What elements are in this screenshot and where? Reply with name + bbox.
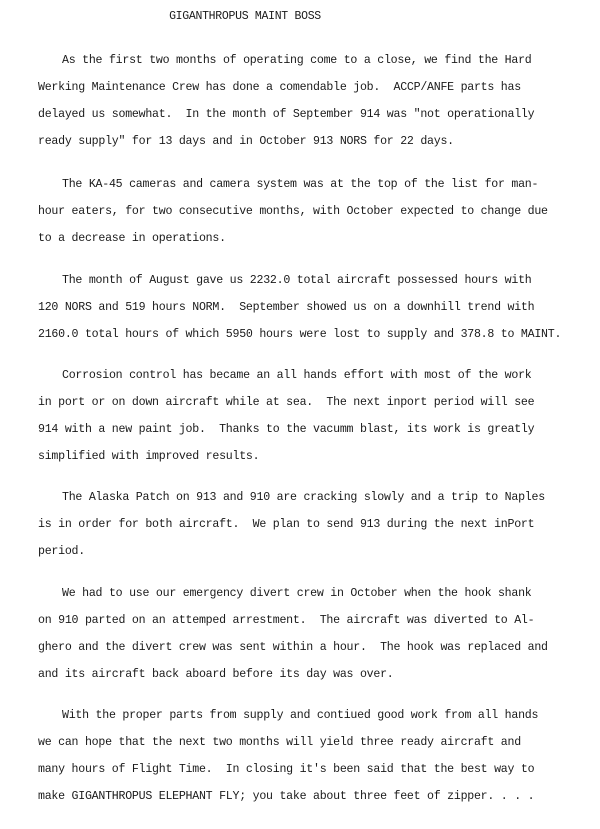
paragraph-5-line-3: period. xyxy=(38,545,85,559)
paragraph-2-line-1: The KA-45 cameras and camera system was … xyxy=(62,178,538,192)
paragraph-3-line-3: 2160.0 total hours of which 5950 hours w… xyxy=(38,328,561,342)
paragraph-6-line-3: ghero and the divert crew was sent withi… xyxy=(38,641,548,655)
paragraph-3-line-2: 120 NORS and 519 hours NORM. September s… xyxy=(38,301,534,315)
paragraph-2-line-2: hour eaters, for two consecutive months,… xyxy=(38,205,548,219)
document-page: GIGANTHROPUS MAINT BOSS As the first two… xyxy=(0,0,600,829)
paragraph-5-line-1: The Alaska Patch on 913 and 910 are crac… xyxy=(62,491,545,505)
paragraph-1-line-4: ready supply" for 13 days and in October… xyxy=(38,135,454,149)
paragraph-3-line-1: The month of August gave us 2232.0 total… xyxy=(62,274,532,288)
document-title: GIGANTHROPUS MAINT BOSS xyxy=(0,10,490,24)
paragraph-2-line-3: to a decrease in operations. xyxy=(38,232,226,246)
paragraph-7-line-3: many hours of Flight Time. In closing it… xyxy=(38,763,534,777)
paragraph-4-line-3: 914 with a new paint job. Thanks to the … xyxy=(38,423,534,437)
paragraph-7-line-4: make GIGANTHROPUS ELEPHANT FLY; you take… xyxy=(38,790,534,804)
paragraph-1-line-1: As the first two months of operating com… xyxy=(62,54,532,68)
paragraph-4-line-4: simplified with improved results. xyxy=(38,450,259,464)
paragraph-4-line-1: Corrosion control has became an all hand… xyxy=(62,369,532,383)
paragraph-1-line-2: Werking Maintenance Crew has done a come… xyxy=(38,81,521,95)
paragraph-6-line-4: and its aircraft back aboard before its … xyxy=(38,668,394,682)
paragraph-4-line-2: in port or on down aircraft while at sea… xyxy=(38,396,534,410)
paragraph-6-line-2: on 910 parted on an attemped arrestment.… xyxy=(38,614,534,628)
paragraph-5-line-2: is in order for both aircraft. We plan t… xyxy=(38,518,534,532)
paragraph-6-line-1: We had to use our emergency divert crew … xyxy=(62,587,532,601)
paragraph-1-line-3: delayed us somewhat. In the month of Sep… xyxy=(38,108,534,122)
paragraph-7-line-1: With the proper parts from supply and co… xyxy=(62,709,538,723)
paragraph-7-line-2: we can hope that the next two months wil… xyxy=(38,736,521,750)
